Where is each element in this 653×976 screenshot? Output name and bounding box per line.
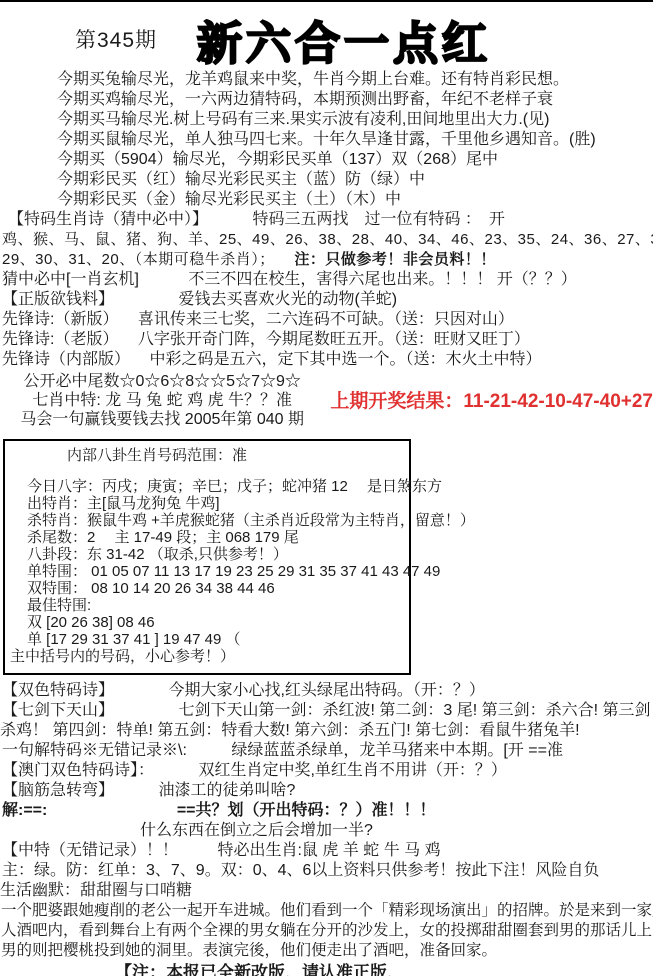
double-color-text: 今期大家小心找,红头绿尾出特码。（开：？） <box>168 682 484 699</box>
macau-text: 双红生肖定中奖,单红生肖不用讲（开：？） <box>198 762 506 779</box>
humor-line: 男的则把樱桃投到她的洞里。表演完後，他们便走出了酒吧，准备回家。 <box>0 941 653 961</box>
bagua-line: 双 [20 26 38] 08 46 <box>5 614 409 631</box>
pioneer-label: 先锋诗:（新版） <box>2 311 118 328</box>
mid-left-column: 公开必中尾数☆0☆6☆8☆☆5☆7☆9☆ 七肖中特: 龙 马 兔 蛇 鸡 虎 牛… <box>0 372 324 429</box>
yixiao-text: 不三不四在校生，害得六尾也出来。！！！ 开（？？） <box>188 271 576 288</box>
bagua-line: 双特围： 08 10 14 20 26 34 38 44 46 <box>5 580 409 597</box>
last-draw-result: 上期开奖结果：11-21-42-10-47-40+27 <box>324 386 653 429</box>
tema-shengxiao-label: 【特码生肖诗（猜中必中）】 <box>8 211 208 228</box>
yuqianliao-label: 【正版欲钱料】 <box>2 291 114 308</box>
mahui-sentence-line: 马会一句赢钱要钱去找 2005年第 040 期 <box>0 410 324 429</box>
macau-label: 【澳门双色特码诗】： <box>2 762 154 779</box>
answer-bold: ==共？划（开出特码：？）准！！！ <box>177 802 436 819</box>
humor-section: 生活幽默：甜甜圈与口哨糖 一个肥婆跟她瘦削的老公一起开车进城。他们看到一个「精彩… <box>0 881 653 961</box>
seven-swords-text1: 七剑下天山第一剑：杀红波! 第二剑：3 尾! 第三剑：杀六合! 第三剑： <box>178 702 653 719</box>
teaser2-line: 什么东西在倒立之后会增加一半? <box>0 821 653 841</box>
poem-line: 今期买马输尽光.树上号码有三来.果实示波有凌利,田间地里出大力.(见) <box>0 110 653 130</box>
one-sentence-text: 绿绿蓝蓝杀绿单，龙羊马猪来中本期。[开 ==准 <box>231 742 563 759</box>
poem-line: 今期买（5904）输尽光，今期彩民买单（137）双（268）尾中 <box>0 150 653 170</box>
bottom-sections: 【双色特码诗】 今期大家小心找,红头绿尾出特码。（开：？） 【七剑下天山】 七剑… <box>0 681 653 881</box>
pioneer-poem-line: 先锋诗:（新版） 喜讯传来三七奖，二六连码不可缺。（送：只因对山） <box>0 310 653 330</box>
poem-line: 今期买鸡输尽光，一六两边猜特码，本期预测出野畜，年纪不老样子衰 <box>0 90 653 110</box>
brain-teaser-line: 【脑筋急转弯】 油漆工的徒弟叫啥? <box>0 781 653 801</box>
tema-shengxiao-hint: 特码三五两找 过一位有特码 ： 开 <box>252 211 504 228</box>
issue-number: 第345期 <box>75 24 157 54</box>
double-color-label: 【双色特码诗】 <box>2 682 114 699</box>
zhongte-text: 特必出生肖:鼠 虎 羊 蛇 牛 马 鸡 <box>217 842 440 859</box>
zhongte-label: 【中特（无错记录）！！ <box>2 842 178 859</box>
yuqianliao-line: 【正版欲钱料】 爱钱去买喜欢火光的动物(羊蛇) <box>0 290 653 310</box>
mid-block: 公开必中尾数☆0☆6☆8☆☆5☆7☆9☆ 七肖中特: 龙 马 兔 蛇 鸡 虎 牛… <box>0 372 653 429</box>
footer-note: 【注：本报已全新改版，请认准正版， <box>0 963 653 976</box>
last-draw-result-numbers: 11-21-42-10-47-40+27 <box>463 391 653 412</box>
pioneer-text: 中彩之码是五六，定下其中选一个。（送：木火土中特） <box>149 351 541 368</box>
humor-title: 生活幽默：甜甜圈与口哨糖 <box>0 881 653 901</box>
yixiao-line: 猜中必中[一肖玄机] 不三不四在校生，害得六尾也出来。！！！ 开（？？） <box>0 270 653 290</box>
bagua-line: 出特肖：主[鼠马龙狗兔 牛鸡] <box>5 495 409 512</box>
pioneer-poem-line: 先锋诗:（老版） 八字张开奇门阵，今期尾数旺五开。（送：旺财又旺丁） <box>0 330 653 350</box>
tema-shengxiao-header: 【特码生肖诗（猜中必中）】 特码三五两找 过一位有特码 ： 开 <box>0 210 653 230</box>
bagua-box-body: 今日八字：丙戌；庚寅；辛巳；戊子；蛇冲猪 12 是日煞东方 出特肖：主[鼠马龙狗… <box>5 478 409 665</box>
yixiao-label: 猜中必中[一肖玄机] <box>2 271 139 288</box>
lucky-tails-line: 公开必中尾数☆0☆6☆8☆☆5☆7☆9☆ <box>0 372 324 391</box>
bagua-line: 单 [17 29 31 37 41 ] 19 47 49 （ <box>5 631 409 648</box>
bagua-wrap-note: 主中括号内的号码，小心参考！） <box>5 648 409 665</box>
bagua-line: 单特围： 01 05 07 11 13 17 19 23 25 29 31 35… <box>5 563 409 580</box>
tema-numbers-part: 29、30、31、20、（本期可稳牛杀肖）； <box>2 251 275 268</box>
poem-line: 今期彩民买（红）输尽光彩民买主（蓝）防（绿）中 <box>0 170 653 190</box>
poem-line: 今期彩民买（金）输尽光彩民买主（土）（木）中 <box>0 190 653 210</box>
brain-teaser-label: 【脑筋急转弯】 <box>2 782 114 799</box>
bagua-line: 八卦段：东 31-42 （取杀,只供参考！） <box>5 546 409 563</box>
brain-teaser-question: 油漆工的徒弟叫啥? <box>158 782 295 799</box>
humor-line: 一个肥婆跟她瘦削的老公一起开车进城。他们看到一个「精彩现场演出」的招牌。於是来到… <box>0 901 653 921</box>
one-sentence-label: 一句解特码※无错记录※\: <box>2 742 187 759</box>
double-color-line: 【双色特码诗】 今期大家小心找,红头绿尾出特码。（开：？） <box>0 681 653 701</box>
page-title: 新六合一点红 <box>197 7 491 72</box>
macau-line: 【澳门双色特码诗】： 双红生肖定中奖,单红生肖不用讲（开：？） <box>0 761 653 781</box>
header: 第345期 新六合一点红 <box>0 2 653 66</box>
main-recommendation-line: 主：绿。防：红单：3、7、9。双：0、4、6以上资料只供参考！按此下注！风险自负 <box>0 861 653 881</box>
tema-note: 注：只做参考！非会员料！！ <box>294 251 496 268</box>
bagua-box-title: 内部八卦生肖号码范围：准 <box>5 447 409 464</box>
pioneer-text: 喜讯传来三七奖，二六连码不可缺。（送：只因对山） <box>138 311 514 328</box>
tema-numbers-line2: 29、30、31、20、（本期可稳牛杀肖）； 注：只做参考！非会员料！！ <box>0 250 653 270</box>
bagua-line: 杀尾数：2 主 17-49 段；主 068 179 尾 <box>5 529 409 546</box>
answer-prefix: 解:==: <box>2 802 47 819</box>
pioneer-label: 先锋诗:（老版） <box>2 331 118 348</box>
humor-body: 一个肥婆跟她瘦削的老公一起开车进城。他们看到一个「精彩现场演出」的招牌。於是来到… <box>0 901 653 961</box>
opening-poem: 今期买兔输尽光，龙羊鸡鼠来中奖，牛肖今期上台难。还有特肖彩民想。 今期买鸡输尽光… <box>0 70 653 210</box>
last-draw-result-label: 上期开奖结果： <box>330 391 463 412</box>
bagua-line: 今日八字：丙戌；庚寅；辛巳；戊子；蛇冲猪 12 是日煞东方 <box>5 478 409 495</box>
bagua-line: 杀特肖：猴鼠牛鸡 +羊虎猴蛇猪（主杀肖近段常为主特肖，留意！） <box>5 512 409 529</box>
zhongte-line: 【中特（无错记录）！！ 特必出生肖:鼠 虎 羊 蛇 牛 马 鸡 <box>0 841 653 861</box>
lottery-tip-sheet: 第345期 新六合一点红 今期买兔输尽光，龙羊鸡鼠来中奖，牛肖今期上台难。还有特… <box>0 0 653 976</box>
tema-numbers-line1: 鸡、猴、马、鼠、猪、狗、羊、25、49、26、38、28、40、34、46、23… <box>0 230 653 250</box>
poem-line: 今期买兔输尽光，龙羊鸡鼠来中奖，牛肖今期上台难。还有特肖彩民想。 <box>0 70 653 90</box>
seven-swords-line1: 【七剑下天山】 七剑下天山第一剑：杀红波! 第二剑：3 尾! 第三剑：杀六合! … <box>0 701 653 721</box>
pioneer-text: 八字张开奇门阵，今期尾数旺五开。（送：旺财又旺丁） <box>138 331 530 348</box>
bagua-box: 内部八卦生肖号码范围：准 今日八字：丙戌；庚寅；辛巳；戊子；蛇冲猪 12 是日煞… <box>3 439 411 675</box>
seven-zodiac-line: 七肖中特: 龙 马 兔 蛇 鸡 虎 牛？？准 <box>0 391 324 410</box>
answer-line: 解:==: ==共？划（开出特码：？）准！！！ <box>0 801 653 821</box>
seven-swords-label: 【七剑下天山】 <box>2 702 114 719</box>
bagua-line: 最佳特围: <box>5 597 409 614</box>
poem-line: 今期买鼠输尽光，单人独马四七来。十年久旱逢甘露，千里他乡遇知音。(胜) <box>0 130 653 150</box>
humor-line: 人酒吧内，看到舞台上有两个全裸的男女躺在分开的沙发上，女的投掷甜甜圈套到男的那话… <box>0 921 653 941</box>
pioneer-poem-line: 先锋诗（内部版） 中彩之码是五六，定下其中选一个。（送：木火土中特） <box>0 350 653 370</box>
pioneer-label: 先锋诗（内部版） <box>2 351 130 368</box>
seven-swords-line2: 杀鸡！ 第四剑：特单! 第五剑：特看大数! 第六剑：杀五门! 第七剑：看鼠牛猪兔… <box>0 721 653 741</box>
one-sentence-line: 一句解特码※无错记录※\: 绿绿蓝蓝杀绿单，龙羊马猪来中本期。[开 ==准 <box>0 741 653 761</box>
yuqianliao-text: 爱钱去买喜欢火光的动物(羊蛇) <box>178 291 397 308</box>
